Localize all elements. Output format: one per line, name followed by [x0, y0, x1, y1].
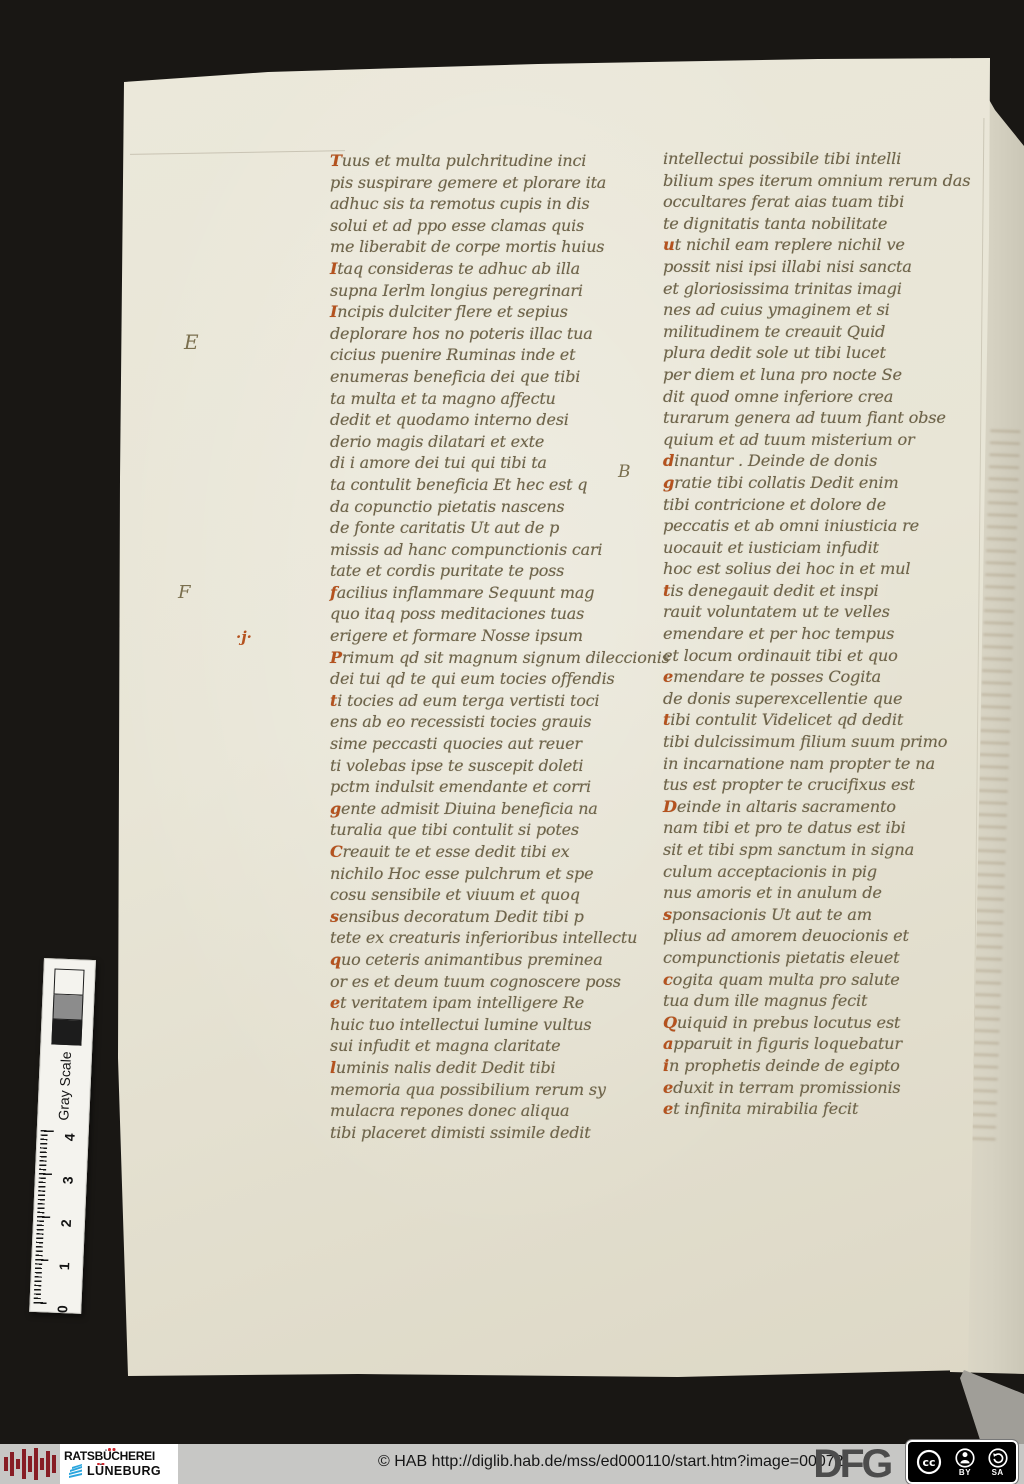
manuscript-line: plius ad amorem deuocionis et [663, 925, 965, 947]
manuscript-column-right: intellectui possibile tibi intellibilium… [663, 148, 965, 1120]
manuscript-line: nichilo Hoc esse pulchrum et spe [330, 863, 652, 885]
manuscript-line: et veritatem ipam intelligere Re [330, 992, 652, 1014]
rubricated-initial: l [330, 1058, 336, 1077]
digitized-manuscript-viewer: { "manuscript": { "margin_marks": { "e":… [0, 0, 1024, 1484]
grayscale-label: Gray Scale [55, 1051, 74, 1121]
manuscript-line: adhuc sis ta remotus cupis in dis [330, 193, 652, 215]
manuscript-line: plura dedit sole ut tibi lucet [663, 342, 965, 364]
by-label: BY [959, 1469, 971, 1477]
manuscript-line: sui infudit et magna claritate [330, 1035, 652, 1057]
rubricated-initial: g [663, 473, 674, 492]
rubricated-initial: g [330, 799, 341, 818]
manuscript-line: apparuit in figuris loquebatur [663, 1033, 965, 1055]
rubricated-initial: Q [663, 1013, 677, 1032]
ruler-number: 1 [56, 1254, 73, 1271]
manuscript-line: nam tibi et pro te datus est ibi [663, 817, 965, 839]
manuscript-line: tus est propter te crucifixus est [663, 774, 965, 796]
rubricated-initial: e [663, 1099, 673, 1118]
manuscript-line: Primum qd sit magnum signum dileccionis [330, 647, 652, 669]
manuscript-line: ti tocies ad eum terga vertisti toci [330, 690, 652, 712]
manuscript-line: pis suspirare gemere et plorare ita [330, 172, 652, 194]
manuscript-line: cogita quam multa pro salute [663, 969, 965, 991]
manuscript-line: occultares ferat aias tuam tibi [663, 191, 965, 213]
manuscript-line: emendare te posses Cogita [663, 666, 965, 688]
manuscript-line: in prophetis deinde de egipto [663, 1055, 965, 1077]
grayscale-patches [51, 968, 84, 1045]
rubricated-initial: t [663, 581, 670, 600]
manuscript-line: Tuus et multa pulchritudine inci [330, 150, 652, 172]
footer-bar: RATSBÜCHEREI LÜNEBURG © HAB http://digli… [0, 1444, 1024, 1484]
rubricated-initial: e [663, 1078, 673, 1097]
manuscript-line: deplorare hos no poteris illac tua [330, 323, 652, 345]
manuscript-line: Deinde in altaris sacramento [663, 796, 965, 818]
ruler-number: 0 [54, 1297, 71, 1314]
manuscript-line: in incarnatione nam propter te na [663, 753, 965, 775]
library-name-line1: RATSBÜCHEREI [64, 1449, 178, 1463]
ruler-number: 2 [58, 1211, 75, 1228]
manuscript-line: derio magis dilatari et exte [330, 431, 652, 453]
manuscript-line: sponsacionis Ut aut te am [663, 904, 965, 926]
manuscript-line: de fonte caritatis Ut aut de p [330, 517, 652, 539]
by-person-icon: BY [955, 1448, 975, 1477]
margin-letter-f: F [178, 582, 191, 603]
grayscale-label-wrap: Gray Scale [38, 1048, 91, 1124]
margin-mark-j: ·j· [236, 628, 252, 646]
manuscript-line: tibi contulit Videlicet qd dedit [663, 709, 965, 731]
waveform-bars-icon [4, 1446, 58, 1482]
manuscript-column-left: Tuus et multa pulchritudine incipis susp… [330, 150, 652, 1143]
manuscript-line: Creauit te et esse dedit tibi ex [330, 841, 652, 863]
manuscript-line: te dignitatis tanta nobilitate [663, 213, 965, 235]
rubricated-initial: e [663, 667, 673, 686]
manuscript-line: facilius inflammare Sequunt mag [330, 582, 652, 604]
library-logo: RATSBÜCHEREI LÜNEBURG [60, 1444, 178, 1484]
rubricated-initial: I [330, 259, 337, 278]
manuscript-line: sime peccasti quocies aut reuer [330, 733, 652, 755]
manuscript-line: nes ad cuius ymaginem et si [663, 299, 965, 321]
rubricated-initial: d [663, 451, 674, 470]
library-city-text: LÜNEBURG [87, 1464, 161, 1478]
manuscript-line: per diem et luna pro nocte Se [663, 364, 965, 386]
rubricated-initial: a [663, 1034, 673, 1053]
ruler-number: 4 [61, 1125, 78, 1142]
manuscript-line: tua dum ille magnus fecit [663, 990, 965, 1012]
rubricated-initial: t [330, 691, 337, 710]
rubricated-initial: q [330, 950, 341, 969]
manuscript-line: Quiquid in prebus locutus est [663, 1012, 965, 1034]
manuscript-page: E F ·j· B Tuus et multa pulchritudine in… [118, 58, 992, 1380]
sa-label: SA [992, 1469, 1004, 1477]
rubricated-initial: c [663, 970, 673, 989]
manuscript-line: nus amoris et in anulum de [663, 882, 965, 904]
manuscript-line: gente admisit Diuina beneficia na [330, 798, 652, 820]
cc-license-badge: cc BY SA [906, 1440, 1018, 1484]
manuscript-line: ens ab eo recessisti tocies grauis [330, 711, 652, 733]
manuscript-line: dei tui qd te qui eum tocies offendis [330, 668, 652, 690]
library-city-label: LÜNEBURG [87, 1464, 161, 1478]
manuscript-line: da copunctio pietatis nascens [330, 496, 652, 518]
rubricated-initial: s [330, 907, 339, 926]
margin-letter-e: E [184, 330, 199, 354]
manuscript-line: pctm indulsit emendante et corri [330, 776, 652, 798]
manuscript-line: supna Ierlm longius peregrinari [330, 280, 652, 302]
manuscript-line: quium et ad tuum misterium or [663, 429, 965, 451]
manuscript-line: peccatis et ab omni iniusticia re [663, 515, 965, 537]
manuscript-line: tis denegauit dedit et inspi [663, 580, 965, 602]
manuscript-line: uocauit et iusticiam infudit [663, 537, 965, 559]
manuscript-line: sit et tibi spm sanctum in signa [663, 839, 965, 861]
manuscript-line: bilium spes iterum omnium rerum das [663, 170, 965, 192]
manuscript-line: ut nichil eam replere nichil ve [663, 234, 965, 256]
manuscript-line: tate et cordis puritate te poss [330, 560, 652, 582]
manuscript-line: dit quod omne inferiore crea [663, 386, 965, 408]
manuscript-line: cicius puenire Ruminas inde et [330, 344, 652, 366]
red-umlaut-dots [108, 1448, 111, 1451]
book-block-edge [956, 1368, 1024, 1446]
manuscript-line: erigere et formare Nosse ipsum [330, 625, 652, 647]
library-name-text: RATSBÜCHEREI [64, 1449, 155, 1463]
manuscript-line: tibi placeret dimisti ssimile dedit [330, 1122, 652, 1144]
sa-arrows-icon: SA [988, 1448, 1008, 1477]
manuscript-line: tibi dulcissimum filium suum primo [663, 731, 965, 753]
manuscript-line: sensibus decoratum Dedit tibi p [330, 906, 652, 928]
manuscript-line: et locum ordinauit tibi et quo [663, 645, 965, 667]
manuscript-line: hoc est solius dei hoc in et mul [663, 558, 965, 580]
rubricated-initial: P [330, 648, 342, 667]
rubricated-initial: i [663, 1056, 669, 1075]
grayscale-calibration-strip: Gray Scale 43210 [29, 958, 96, 1314]
manuscript-line: dedit et quodamo interno desi [330, 409, 652, 431]
manuscript-line: possit nisi ipsi illabi nisi sancta [663, 256, 965, 278]
rubricated-initial: D [663, 797, 677, 816]
patch-white [53, 968, 84, 995]
library-name-line2: LÜNEBURG [68, 1464, 178, 1478]
rubricated-initial: C [330, 842, 343, 861]
manuscript-line: gratie tibi collatis Dedit enim [663, 472, 965, 494]
cm-ruler: 43210 [30, 1124, 88, 1318]
red-umlaut-dots [97, 1463, 100, 1466]
rubricated-initial: u [663, 235, 675, 254]
manuscript-line: Itaq consideras te adhuc ab illa [330, 258, 652, 280]
ruler-number: 3 [60, 1168, 77, 1185]
manuscript-line: Incipis dulciter flere et sepius [330, 301, 652, 323]
manuscript-line: ta contulit beneficia Et hec est q [330, 474, 652, 496]
manuscript-line: emendare et per hoc tempus [663, 623, 965, 645]
manuscript-line: di i amore dei tui qui tibi ta [330, 452, 652, 474]
manuscript-line: or es et deum tuum cognoscere poss [330, 971, 652, 993]
rubricated-initial: I [330, 302, 337, 321]
rubricated-initial: t [663, 710, 670, 729]
rubricated-initial: s [663, 905, 672, 924]
manuscript-line: huic tuo intellectui lumine vultus [330, 1014, 652, 1036]
manuscript-line: luminis nalis dedit Dedit tibi [330, 1057, 652, 1079]
fanned-book-icon [68, 1464, 84, 1478]
manuscript-line: ta multa et ta magno affectu [330, 388, 652, 410]
manuscript-line: ti volebas ipse te suscepit doleti [330, 755, 652, 777]
manuscript-line: et infinita mirabilia fecit [663, 1098, 965, 1120]
manuscript-line: missis ad hanc compunctionis cari [330, 539, 652, 561]
manuscript-line: eduxit in terram promissionis [663, 1077, 965, 1099]
manuscript-line: turarum genera ad tuum fiant obse [663, 407, 965, 429]
manuscript-line: memoria qua possibilium rerum sy [330, 1079, 652, 1101]
cc-icon: cc [916, 1449, 942, 1475]
rubricated-initial: e [330, 993, 340, 1012]
dfg-logo: DFG [813, 1442, 890, 1484]
manuscript-line: me liberabit de corpe mortis huius [330, 236, 652, 258]
copyright-url-text: © HAB http://diglib.hab.de/mss/ed000110/… [378, 1453, 844, 1471]
manuscript-line: enumeras beneficia dei que tibi [330, 366, 652, 388]
manuscript-line: tete ex creaturis inferioribus intellect… [330, 927, 652, 949]
manuscript-line: intellectui possibile tibi intelli [663, 148, 965, 170]
manuscript-line: compunctionis pietatis eleuet [663, 947, 965, 969]
rubricated-initial: f [330, 583, 337, 602]
manuscript-line: dinantur . Deinde de donis [663, 450, 965, 472]
manuscript-line: quo ceteris animantibus preminea [330, 949, 652, 971]
manuscript-line: de donis superexcellentie que [663, 688, 965, 710]
manuscript-line: cosu sensibile et viuum et quoq [330, 884, 652, 906]
manuscript-line: mulacra repones donec aliqua [330, 1100, 652, 1122]
manuscript-line: quo itaq poss meditaciones tuas [330, 603, 652, 625]
patch-gray [52, 994, 83, 1020]
svg-text:cc: cc [923, 1456, 936, 1469]
manuscript-line: et gloriosissima trinitas imagi [663, 278, 965, 300]
manuscript-line: culum acceptacionis in pig [663, 861, 965, 883]
manuscript-line: militudinem te creauit Quid [663, 321, 965, 343]
manuscript-line: rauit voluntatem ut te velles [663, 601, 965, 623]
manuscript-line: turalia que tibi contulit si potes [330, 819, 652, 841]
manuscript-line: solui et ad ppo esse clamas quis [330, 215, 652, 237]
paper-crease [130, 150, 345, 155]
rubricated-initial: T [330, 151, 342, 170]
patch-black [51, 1019, 82, 1045]
manuscript-line: tibi contricione et dolore de [663, 494, 965, 516]
ruler-ticks [33, 1130, 53, 1306]
